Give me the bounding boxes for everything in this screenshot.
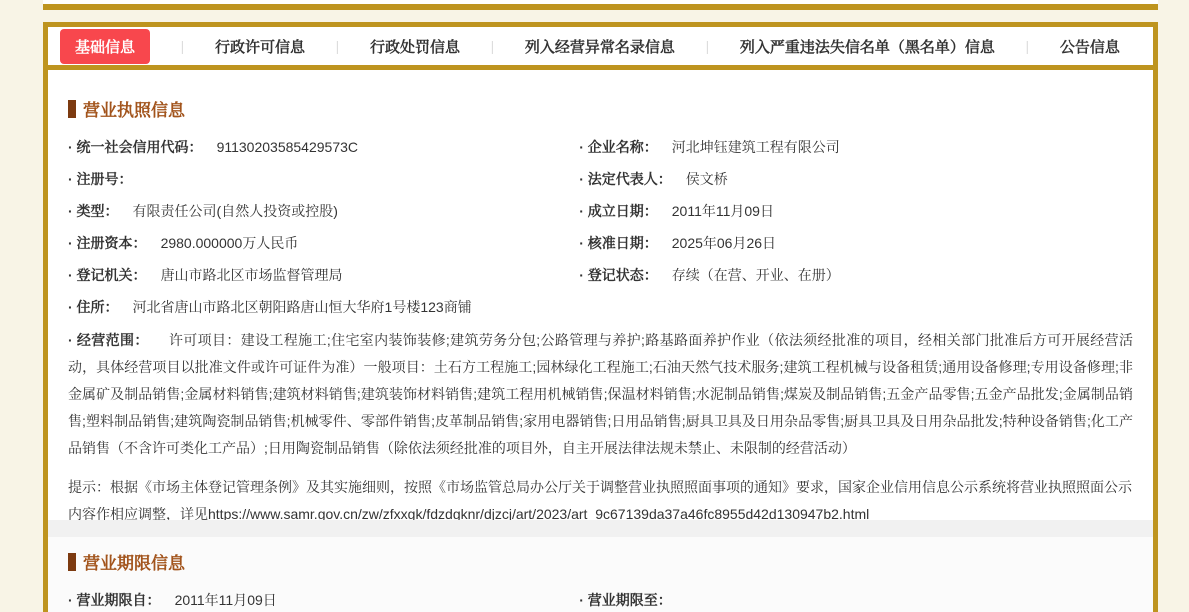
field-label: · 营业期限自： — [68, 590, 161, 610]
previous-box-bottom-edge — [43, 0, 1158, 10]
field-label: · 统一社会信用代码： — [68, 137, 203, 157]
tab-separator: | — [491, 38, 495, 54]
tab-separator: | — [336, 38, 340, 54]
field-label: · 注册资本： — [68, 233, 147, 253]
field-value: 2980.000000万人民币 — [161, 233, 299, 253]
tab-separator: | — [181, 38, 185, 54]
field-value: 河北省唐山市路北区朝阳路唐山恒大华府1号楼123商铺 — [133, 297, 472, 317]
section-marker-icon — [68, 100, 76, 118]
tab-serious-violation-blacklist[interactable]: 列入严重违法失信名单（黑名单）信息 — [740, 36, 995, 57]
tab-abnormal-operations[interactable]: 列入经营异常名录信息 — [525, 36, 675, 57]
field-label: · 企业名称： — [579, 137, 658, 157]
license-notice-text: 提示：根据《市场主体登记管理条例》及其实施细则，按照《市场监管总局办公厅关于调整… — [68, 474, 1133, 520]
business-term-section-header: 营业期限信息 — [68, 549, 1133, 574]
field-value: 许可项目：建设工程施工;住宅室内装饰装修;建筑劳务分包;公路管理与养护;路基路面… — [68, 332, 1133, 456]
tab-announcement[interactable]: 公告信息 — [1060, 36, 1120, 57]
tab-separator: | — [1026, 38, 1030, 54]
field-company-name: · 企业名称： 河北坤钰建筑工程有限公司 — [579, 131, 1133, 163]
business-license-section-title: 营业执照信息 — [83, 96, 185, 121]
field-registration-authority: · 登记机关： 唐山市路北区市场监督管理局 — [68, 259, 579, 291]
field-label: · 注册号： — [68, 169, 133, 189]
tab-admin-penalty[interactable]: 行政处罚信息 — [370, 36, 460, 57]
tab-separator: | — [706, 38, 710, 54]
field-label: · 成立日期： — [579, 201, 658, 221]
field-row: · 统一社会信用代码： 91130203585429573C · 企业名称： 河… — [68, 131, 1133, 163]
tab-bar: 基础信息 | 行政许可信息 | 行政处罚信息 | 列入经营异常名录信息 | 列入… — [48, 27, 1153, 70]
field-label: · 类型： — [68, 201, 119, 221]
field-value: 91130203585429573C — [217, 139, 358, 155]
section-divider — [48, 520, 1153, 537]
field-value: 唐山市路北区市场监督管理局 — [161, 265, 343, 285]
business-term-section: 营业期限信息 · 营业期限自： 2011年11月09日 · 营业期限至： — [48, 537, 1153, 612]
field-approval-date: · 核准日期： 2025年06月26日 — [579, 227, 1133, 259]
tab-basic-info[interactable]: 基础信息 — [60, 29, 150, 64]
field-value: 2025年06月26日 — [672, 233, 776, 253]
field-value: 2011年11月09日 — [175, 590, 277, 610]
business-license-section-header: 营业执照信息 — [68, 96, 1133, 121]
field-row: · 类型： 有限责任公司(自然人投资或控股) · 成立日期： 2011年11月0… — [68, 195, 1133, 227]
main-panel: 基础信息 | 行政许可信息 | 行政处罚信息 | 列入经营异常名录信息 | 列入… — [43, 22, 1158, 612]
business-license-section: 营业执照信息 · 统一社会信用代码： 91130203585429573C · … — [48, 70, 1153, 520]
field-label: · 营业期限至： — [579, 590, 672, 610]
field-registered-capital: · 注册资本： 2980.000000万人民币 — [68, 227, 579, 259]
field-address: · 住所： 河北省唐山市路北区朝阳路唐山恒大华府1号楼123商铺 — [68, 291, 1133, 323]
field-value: 有限责任公司(自然人投资或控股) — [133, 201, 338, 221]
business-term-section-title: 营业期限信息 — [83, 549, 185, 574]
field-registration-status: · 登记状态： 存续（在营、开业、在册） — [579, 259, 1133, 291]
field-row: · 登记机关： 唐山市路北区市场监督管理局 · 登记状态： 存续（在营、开业、在… — [68, 259, 1133, 291]
field-row: · 注册资本： 2980.000000万人民币 · 核准日期： 2025年06月… — [68, 227, 1133, 259]
field-business-scope: · 经营范围： 许可项目：建设工程施工;住宅室内装饰装修;建筑劳务分包;公路管理… — [68, 327, 1133, 462]
field-label: · 经营范围： — [68, 332, 149, 348]
field-label: · 法定代表人： — [579, 169, 672, 189]
field-label: · 登记机关： — [68, 265, 147, 285]
field-credit-code: · 统一社会信用代码： 91130203585429573C — [68, 131, 579, 163]
field-row: · 营业期限自： 2011年11月09日 · 营业期限至： — [68, 584, 1133, 612]
section-marker-icon — [68, 553, 76, 571]
field-company-type: · 类型： 有限责任公司(自然人投资或控股) — [68, 195, 579, 227]
field-value: 河北坤钰建筑工程有限公司 — [672, 137, 840, 157]
field-legal-representative: · 法定代表人： 侯文桥 — [579, 163, 1133, 195]
tab-admin-license[interactable]: 行政许可信息 — [215, 36, 305, 57]
field-term-from: · 营业期限自： 2011年11月09日 — [68, 584, 579, 612]
field-label: · 登记状态： — [579, 265, 658, 285]
field-value: 侯文桥 — [686, 169, 728, 189]
field-establish-date: · 成立日期： 2011年11月09日 — [579, 195, 1133, 227]
field-value: 存续（在营、开业、在册） — [672, 265, 840, 285]
field-value: 2011年11月09日 — [672, 201, 774, 221]
field-registration-no: · 注册号： — [68, 163, 579, 195]
field-term-to: · 营业期限至： — [579, 584, 1133, 612]
field-label: · 核准日期： — [579, 233, 658, 253]
field-row: · 注册号： · 法定代表人： 侯文桥 — [68, 163, 1133, 195]
field-row: · 住所： 河北省唐山市路北区朝阳路唐山恒大华府1号楼123商铺 — [68, 291, 1133, 323]
field-label: · 住所： — [68, 297, 119, 317]
